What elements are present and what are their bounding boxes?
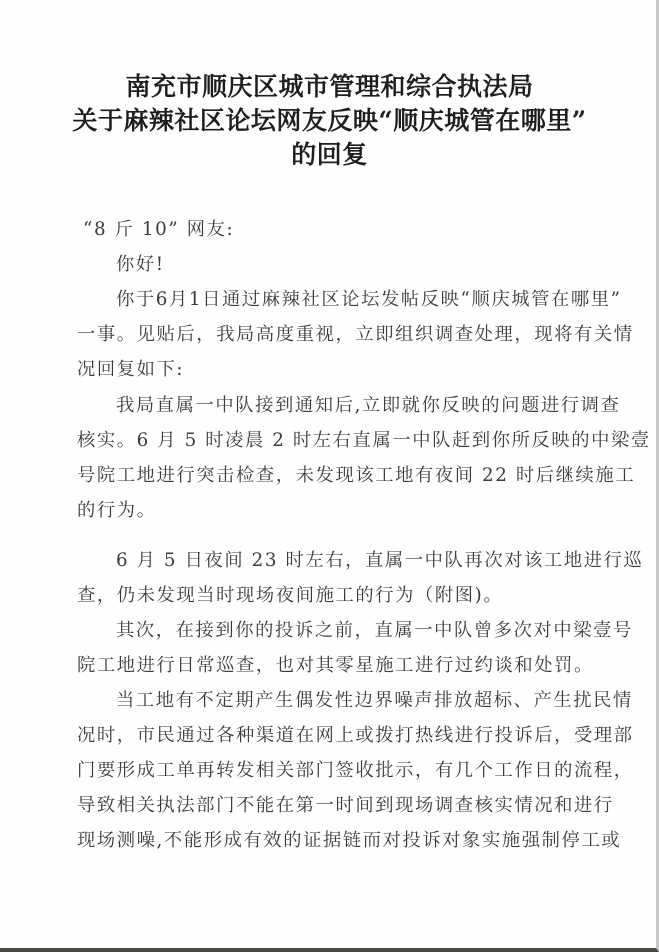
- body-line: 6 月 5 日夜间 23 时左右，直属一中队再次对该工地进行巡: [116, 544, 643, 578]
- body-line: 号院工地进行突击检查，未发现该工地有夜间 22 时后继续施工: [77, 459, 635, 493]
- body-line: 门要形成工单再转发相关部门签收批示，有几个工作日的流程，: [77, 754, 634, 788]
- body-line: 现场测噪,不能形成有效的证据链而对投诉对象实施强制停工或: [77, 824, 621, 858]
- body-line: 况回复如下:: [77, 353, 184, 387]
- body-line: 况时，市民通过各种渠道在网上或拨打热线进行投诉后，受理部: [77, 719, 634, 753]
- document-title: 南充市顺庆区城市管理和综合执法局 关于麻辣社区论坛网友反映“顺庆城管在哪里” 的…: [0, 70, 659, 172]
- body-line: 我局直属一中队接到通知后,立即就你反映的问题进行调查: [116, 389, 620, 423]
- body-line: 一事。见贴后，我局高度重视，立即组织调查处理，现将有关情: [77, 318, 634, 352]
- body-line: 核实。6 月 5 时凌晨 2 时左右直属一中队赶到你所反映的中梁壹: [77, 424, 651, 458]
- body-line: 其次，在接到你的投诉之前，直属一中队曾多次对中梁壹号: [116, 614, 633, 648]
- title-line-2: 关于麻辣社区论坛网友反映“顺庆城管在哪里”: [0, 104, 659, 138]
- greeting: 你好!: [116, 248, 165, 282]
- title-line-1: 南充市顺庆区城市管理和综合执法局: [0, 70, 659, 104]
- body-line: 导致相关执法部门不能在第一时间到现场调查核实情况和进行: [77, 789, 614, 823]
- document-page: 南充市顺庆区城市管理和综合执法局 关于麻辣社区论坛网友反映“顺庆城管在哪里” 的…: [0, 0, 659, 952]
- body-line: 当工地有不定期产生偶发性边界噪声排放超标、产生扰民情: [116, 684, 633, 718]
- body-line: 查，仍未发现当时现场夜间施工的行为（附图)。: [77, 579, 503, 613]
- body-line: 你于6月1日通过麻辣社区论坛发帖反映“顺庆城管在哪里”: [116, 283, 622, 317]
- title-line-3: 的回复: [0, 138, 659, 172]
- body-line: 院工地进行日常巡查，也对其零星施工进行过约谈和处罚。: [77, 649, 594, 683]
- body-line: 的行为。: [77, 494, 157, 528]
- salutation: “8 斤 10” 网友:: [83, 213, 234, 247]
